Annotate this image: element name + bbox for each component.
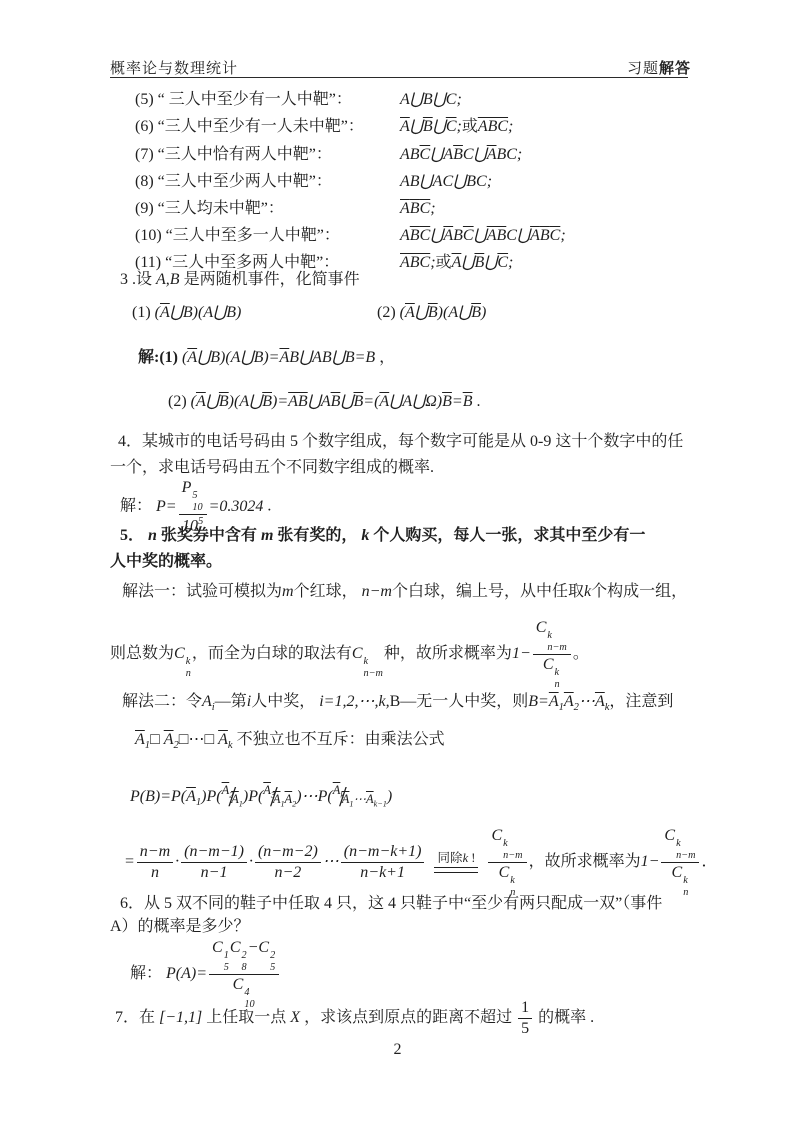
problem-3-expr-2: (2) (A⋃B)(A⋃B) xyxy=(377,301,486,325)
solution-method-2-line-1: 解法二：令Ai—第i人中奖， i=1,2,⋯,k,B—无一人中奖，则B=A1A2… xyxy=(122,690,673,720)
event-item-10-label: (10) “三人中至多一人中靶”： xyxy=(135,224,340,248)
problem-7-line: 7．在 [−1,1] 上任取一点 X ，求该点到原点的距离不超过 15 的概率 … xyxy=(115,998,594,1039)
problem-3-heading: 3 .设 A,B 是两随机事件，化简事件 xyxy=(120,268,360,292)
problem-5-line-1: 5． n 张奖券中含有 m 张有奖的， k 个人购买，每人一张，求其中至少有一 xyxy=(120,524,645,548)
solution-method-1-line-2: 则总数为Ckn，而全为白球的取法有Ckn−m种，故所求概率为1−Ckn−mCkn… xyxy=(110,618,589,690)
problem-6-line-1: 6．从 5 双不同的鞋子中任取 4 只，这 4 只鞋子中“至少有两只配成一双”（… xyxy=(120,892,662,916)
problem-4-line-2: 一个，求电话号码由五个不同数字组成的概率. xyxy=(110,456,434,480)
event-item-8-formula: AB⋃AC⋃BC; xyxy=(400,170,492,194)
event-item-10-formula: ABC⋃ABC⋃ABC⋃ABC; xyxy=(400,224,566,248)
solution-method-2-formula-2: =n−mn·(n−m−1)n−1·(n−m−2)n−2⋯(n−m−k+1)n−k… xyxy=(124,826,718,898)
event-item-9-formula: ABC; xyxy=(400,197,436,221)
event-item-8-label: (8) “三人中至少两人中靶”： xyxy=(135,170,332,194)
event-item-7-label: (7) “三人中恰有两人中靶”： xyxy=(135,143,332,167)
event-item-6-formula: A⋃B⋃C;或ABC; xyxy=(400,115,513,139)
event-item-5-formula: A⋃B⋃C; xyxy=(400,88,462,112)
event-item-5-label: (5) “ 三人中至少有一人中靶”： xyxy=(135,88,352,112)
solution-method-2-line-2: A1□ A2□⋯□ Ak 不独立也不互斥：由乘法公式 xyxy=(135,728,445,758)
problem-4-line-1: 4．某城市的电话号码由 5 个数字组成，每个数字可能是从 0-9 这十个数字中的… xyxy=(118,430,683,454)
event-item-9-label: (9) “三人均未中靶”： xyxy=(135,197,284,221)
page-number: 2 xyxy=(0,1038,795,1062)
problem-3-expr-1: (1) (A⋃B)(A⋃B) xyxy=(132,301,241,325)
document-page: 概率论与数理统计 习题解答 (5) “ 三人中至少有一人中靶”： A⋃B⋃C; … xyxy=(0,0,795,1126)
event-item-6-label: (6) “三人中至少有一人未中靶”： xyxy=(135,115,364,139)
problem-3-solution-line-2: (2) (A⋃B)(A⋃B)=AB⋃AB⋃B=(A⋃A⋃Ω)B=B . xyxy=(168,390,480,414)
problem-6-line-2: A）的概率是多少？ xyxy=(110,915,250,939)
solution-method-2-formula-1: P(B)=P(A1)P(A2/A1)P(A3/A1A2)⋯P(Ak/A1⋯Ak−… xyxy=(130,778,392,816)
problem-5-line-2: 人中奖的概率。 xyxy=(110,550,222,574)
solution-method-1-line-1: 解法一：试验可模拟为m个红球， n−m个白球，编上号，从中任取k个构成一组， xyxy=(122,580,687,604)
event-item-7-formula: ABC⋃ABC⋃ABC; xyxy=(400,143,522,167)
event-item-11-formula: ABC;或A⋃B⋃C; xyxy=(400,251,513,275)
problem-3-solution-line-1: 解:(1) (A⋃B)(A⋃B)=AB⋃AB⋃B=B ， xyxy=(138,346,395,370)
header-rule xyxy=(110,77,688,78)
